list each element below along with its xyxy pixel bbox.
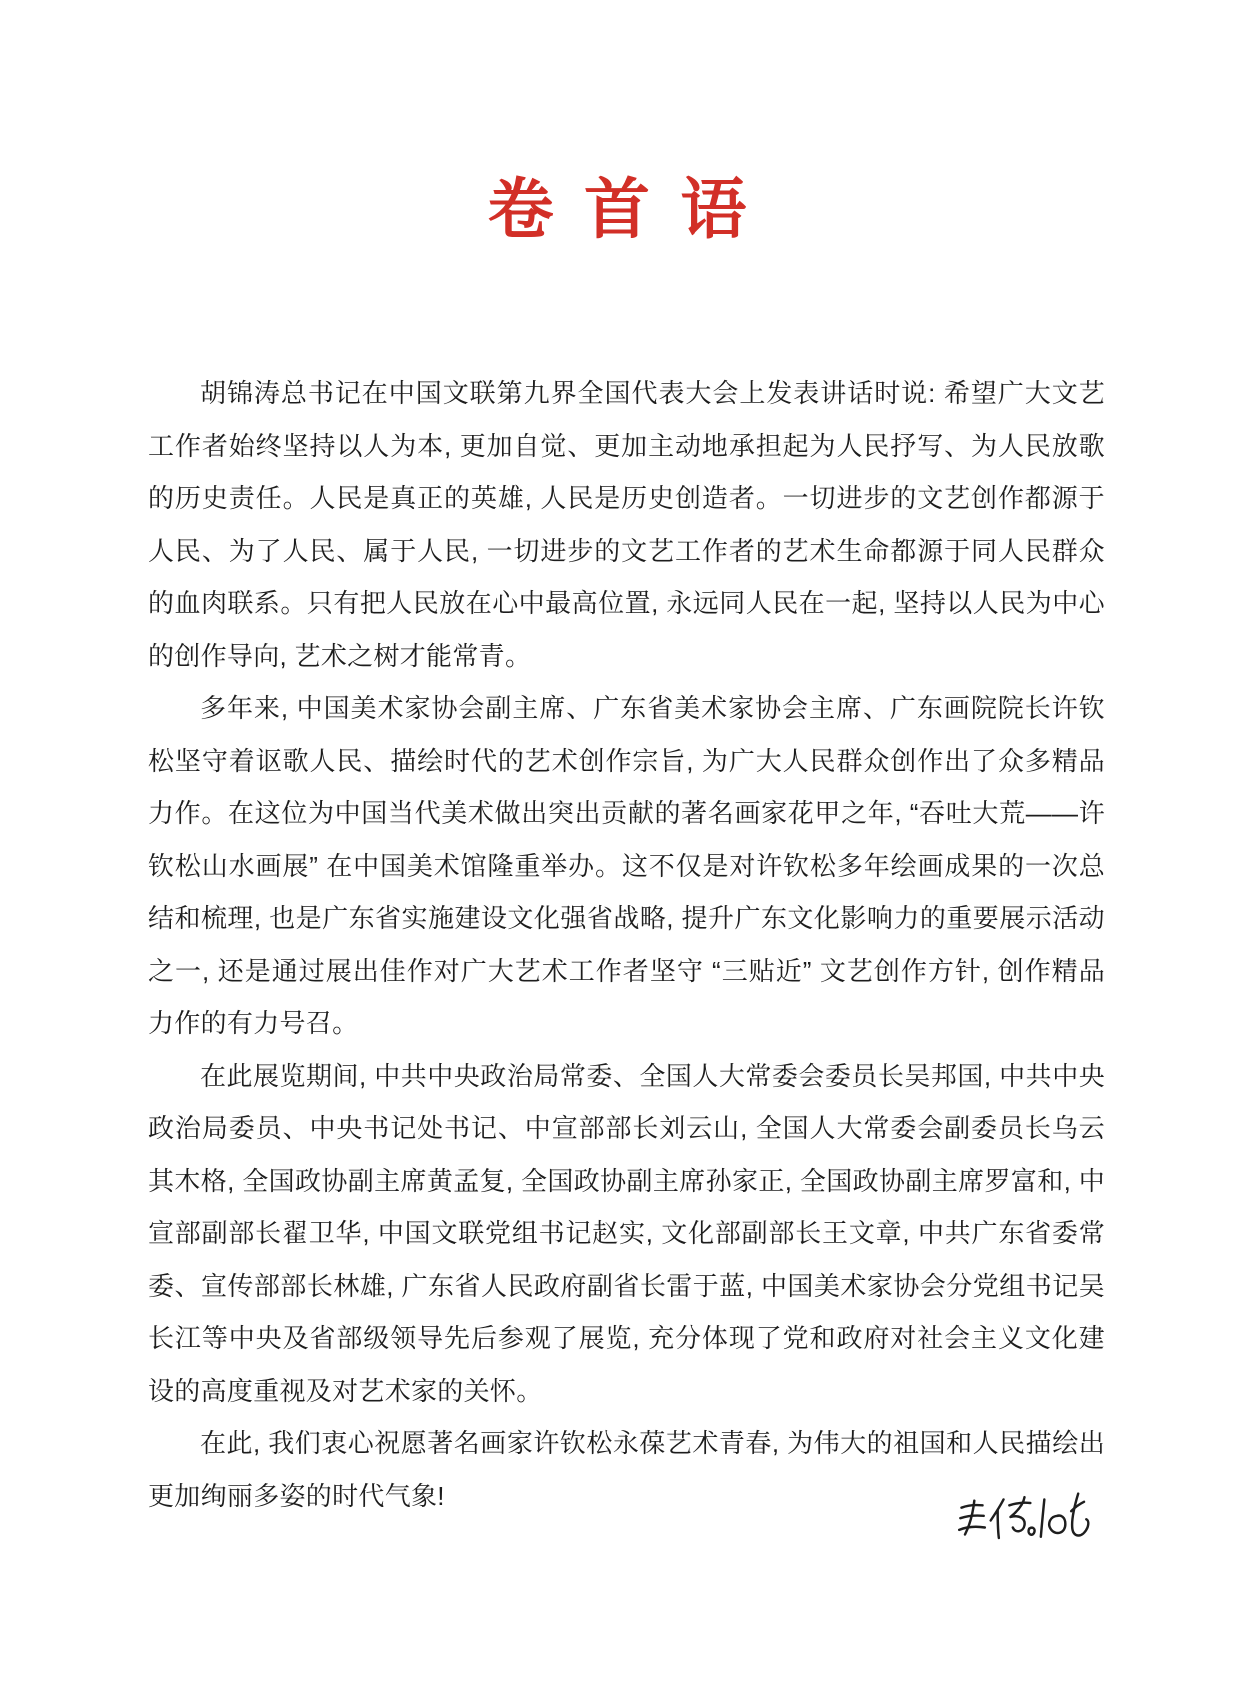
page-title: 卷 首 语	[0, 176, 1240, 242]
document-page: 卷 首 语 胡锦涛总书记在中国文联第九界全国代表大会上发表讲话时说: 希望广大文…	[0, 0, 1240, 1683]
signature-strokes	[958, 1486, 1098, 1548]
body-text: 胡锦涛总书记在中国文联第九界全国代表大会上发表讲话时说: 希望广大文艺工作者始终…	[148, 367, 1105, 1522]
paragraph-1: 胡锦涛总书记在中国文联第九界全国代表大会上发表讲话时说: 希望广大文艺工作者始终…	[148, 367, 1105, 682]
paragraph-3: 在此展览期间, 中共中央政治局常委、全国人大常委会委员长吴邦国, 中共中央政治局…	[148, 1050, 1105, 1418]
handwritten-signature	[958, 1486, 1098, 1548]
paragraph-2: 多年来, 中国美术家协会副主席、广东省美术家协会主席、广东画院院长许钦松坚守着讴…	[148, 682, 1105, 1050]
